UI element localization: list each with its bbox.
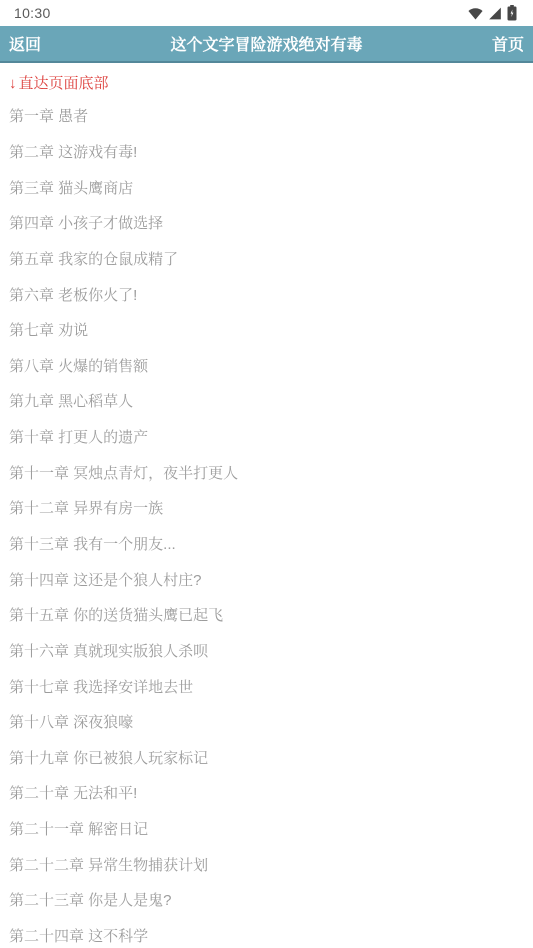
header: 返回 这个文字冒险游戏绝对有毒 首页 — [0, 26, 533, 63]
chapter-row: 第七章 劝说 — [0, 312, 533, 348]
chapter-row: 第六章 老板你火了! — [0, 276, 533, 312]
chapter-link[interactable]: 第十六章 真就现实版狼人杀呗 — [9, 640, 208, 661]
chapter-link[interactable]: 第二章 这游戏有毒! — [9, 141, 137, 162]
jump-to-bottom-label: 直达页面底部 — [19, 75, 109, 92]
chapter-row: 第九章 黑心稻草人 — [0, 383, 533, 419]
battery-icon — [507, 5, 517, 21]
chapter-link[interactable]: 第十五章 你的送货猫头鹰已起飞 — [9, 604, 223, 625]
screen: 10:30 返回 这个文字冒险游戏绝对有毒 首页 ↓直达页面底部 第一章 愚者第… — [0, 0, 533, 948]
chapter-link[interactable]: 第二十一章 解密日记 — [9, 818, 148, 839]
chapter-row: 第五章 我家的仓鼠成精了 — [0, 241, 533, 277]
home-button[interactable]: 首页 — [492, 32, 524, 55]
chapter-row: 第十八章 深夜狼嚎 — [0, 704, 533, 740]
status-time: 10:30 — [14, 5, 51, 21]
chapter-link[interactable]: 第十章 打更人的遗产 — [9, 426, 148, 447]
chapter-row: 第十五章 你的送货猫头鹰已起飞 — [0, 597, 533, 633]
chapter-list: 第一章 愚者第二章 这游戏有毒!第三章 猫头鹰商店第四章 小孩子才做选择第五章 … — [0, 98, 533, 948]
chapter-row: 第四章 小孩子才做选择 — [0, 205, 533, 241]
chapter-row: 第二十一章 解密日记 — [0, 811, 533, 847]
chapter-row: 第二章 这游戏有毒! — [0, 134, 533, 170]
chapter-link[interactable]: 第十一章 冥烛点青灯，夜半打更人 — [9, 462, 238, 483]
wifi-icon — [468, 7, 483, 20]
chapter-row: 第十七章 我选择安详地去世 — [0, 668, 533, 704]
chapter-link[interactable]: 第二十二章 异常生物捕获计划 — [9, 854, 208, 875]
chapter-row: 第十六章 真就现实版狼人杀呗 — [0, 633, 533, 669]
chapter-link[interactable]: 第十二章 异界有房一族 — [9, 497, 163, 518]
chapter-row: 第二十章 无法和平! — [0, 775, 533, 811]
chapter-link[interactable]: 第十七章 我选择安详地去世 — [9, 676, 193, 697]
jump-to-bottom-link[interactable]: ↓直达页面底部 — [9, 75, 109, 93]
chapter-link[interactable]: 第十三章 我有一个朋友... — [9, 533, 176, 554]
chapter-link[interactable]: 第二十章 无法和平! — [9, 782, 137, 803]
down-arrow-icon: ↓ — [9, 75, 17, 92]
chapter-link[interactable]: 第九章 黑心稻草人 — [9, 390, 133, 411]
status-icons — [468, 5, 517, 21]
back-button[interactable]: 返回 — [9, 32, 41, 55]
chapter-link[interactable]: 第七章 劝说 — [9, 319, 88, 340]
chapter-link[interactable]: 第五章 我家的仓鼠成精了 — [9, 248, 178, 269]
chapter-row: 第二十三章 你是人是鬼? — [0, 882, 533, 918]
chapter-link[interactable]: 第二十四章 这不科学 — [9, 925, 148, 946]
chapter-row: 第十二章 异界有房一族 — [0, 490, 533, 526]
chapter-row: 第十四章 这还是个狼人村庄? — [0, 561, 533, 597]
chapter-row: 第三章 猫头鹰商店 — [0, 169, 533, 205]
chapter-row: 第八章 火爆的销售额 — [0, 347, 533, 383]
chapter-link[interactable]: 第二十三章 你是人是鬼? — [9, 889, 172, 910]
chapter-row: 第十章 打更人的遗产 — [0, 419, 533, 455]
chapter-row: 第二十四章 这不科学 — [0, 918, 533, 948]
chapter-link[interactable]: 第四章 小孩子才做选择 — [9, 212, 163, 233]
chapter-row: 第二十二章 异常生物捕获计划 — [0, 846, 533, 882]
chapter-link[interactable]: 第三章 猫头鹰商店 — [9, 177, 133, 198]
status-bar: 10:30 — [0, 0, 533, 26]
chapter-link[interactable]: 第六章 老板你火了! — [9, 284, 137, 305]
chapter-link[interactable]: 第十八章 深夜狼嚎 — [9, 711, 133, 732]
chapter-row: 第十一章 冥烛点青灯，夜半打更人 — [0, 454, 533, 490]
chapter-link[interactable]: 第一章 愚者 — [9, 105, 88, 126]
chapter-link[interactable]: 第八章 火爆的销售额 — [9, 355, 148, 376]
chapter-link[interactable]: 第十九章 你已被狼人玩家标记 — [9, 747, 208, 768]
chapter-row: 第十三章 我有一个朋友... — [0, 526, 533, 562]
chapter-row: 第一章 愚者 — [0, 98, 533, 134]
chapter-link[interactable]: 第十四章 这还是个狼人村庄? — [9, 569, 202, 590]
page-title: 这个文字冒险游戏绝对有毒 — [41, 32, 492, 55]
chapter-row: 第十九章 你已被狼人玩家标记 — [0, 740, 533, 776]
cellular-signal-icon — [488, 7, 502, 20]
